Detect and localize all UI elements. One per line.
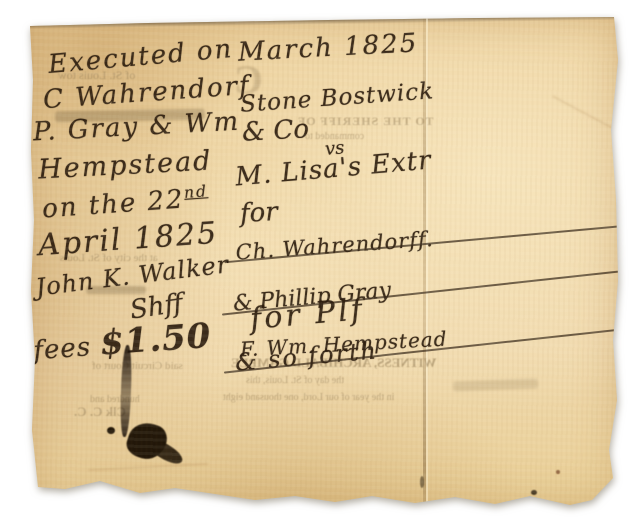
bleedthrough-line: the day of St. Louis, this (246, 375, 344, 386)
hw-left-line-name3: Hempstead (37, 145, 213, 185)
paper-crease (88, 463, 208, 471)
bleedthrough-line: TO THE SHERIFF OF (297, 114, 433, 129)
ink-speck (556, 470, 560, 474)
hw-right-line-term-date: March 1825 (237, 28, 419, 67)
hw-fee-amount: $1.50 (99, 316, 213, 364)
bleedthrough-line: Clk C. C. (74, 404, 126, 420)
print-smudge (453, 379, 538, 392)
hw-right-line-and-co: & Co (241, 114, 309, 147)
hw-right-line-plaintiff: Stone Bostwick (239, 78, 435, 117)
hw-right-line-name-struck: Ch. Wahrendorff. (235, 199, 640, 264)
paper-crease (552, 95, 624, 134)
hw-superscript: nd (183, 182, 208, 202)
ink-speck (107, 427, 115, 434)
ink-speck (420, 476, 424, 488)
hw-text: fees (32, 332, 101, 367)
hw-right-line-for: for (239, 197, 278, 229)
scanned-document: of St. Louis tow C TO THE SHERIFF OF com… (0, 0, 640, 528)
paper-shadow-wrap: of St. Louis tow C TO THE SHERIFF OF com… (28, 14, 620, 508)
paper-sheet: of St. Louis tow C TO THE SHERIFF OF com… (28, 14, 620, 508)
bleedthrough-line: in the year of our Lord, one thousand ei… (223, 392, 394, 403)
ink-speck (531, 490, 537, 495)
paper-top-edge-shadow (28, 15, 620, 29)
